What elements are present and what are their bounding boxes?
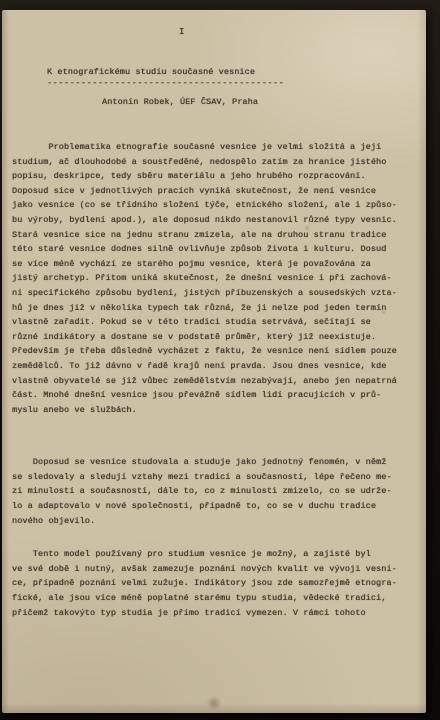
page-number: I (179, 27, 185, 37)
title-underline: ----------------------------------------… (47, 78, 284, 88)
author-line: Antonín Robek, ÚEF ČSAV, Praha (102, 97, 258, 107)
paragraph-1: Problematika etnografie současné vesnice… (12, 140, 418, 417)
paragraph-3: Tento model používaný pro studium vesnic… (12, 547, 418, 620)
title-block: K etnografickému studiu současné vesnice… (47, 66, 284, 88)
paragraph-2: Doposud se vesnice studovala a studuje j… (12, 455, 418, 528)
document-title: K etnografickému studiu současné vesnice (47, 66, 284, 78)
document-page: I K etnografickému studiu současné vesni… (2, 10, 426, 713)
scan-background: I K etnografickému studiu současné vesni… (0, 0, 440, 720)
document-body: Problematika etnografie současné vesnice… (12, 140, 418, 620)
